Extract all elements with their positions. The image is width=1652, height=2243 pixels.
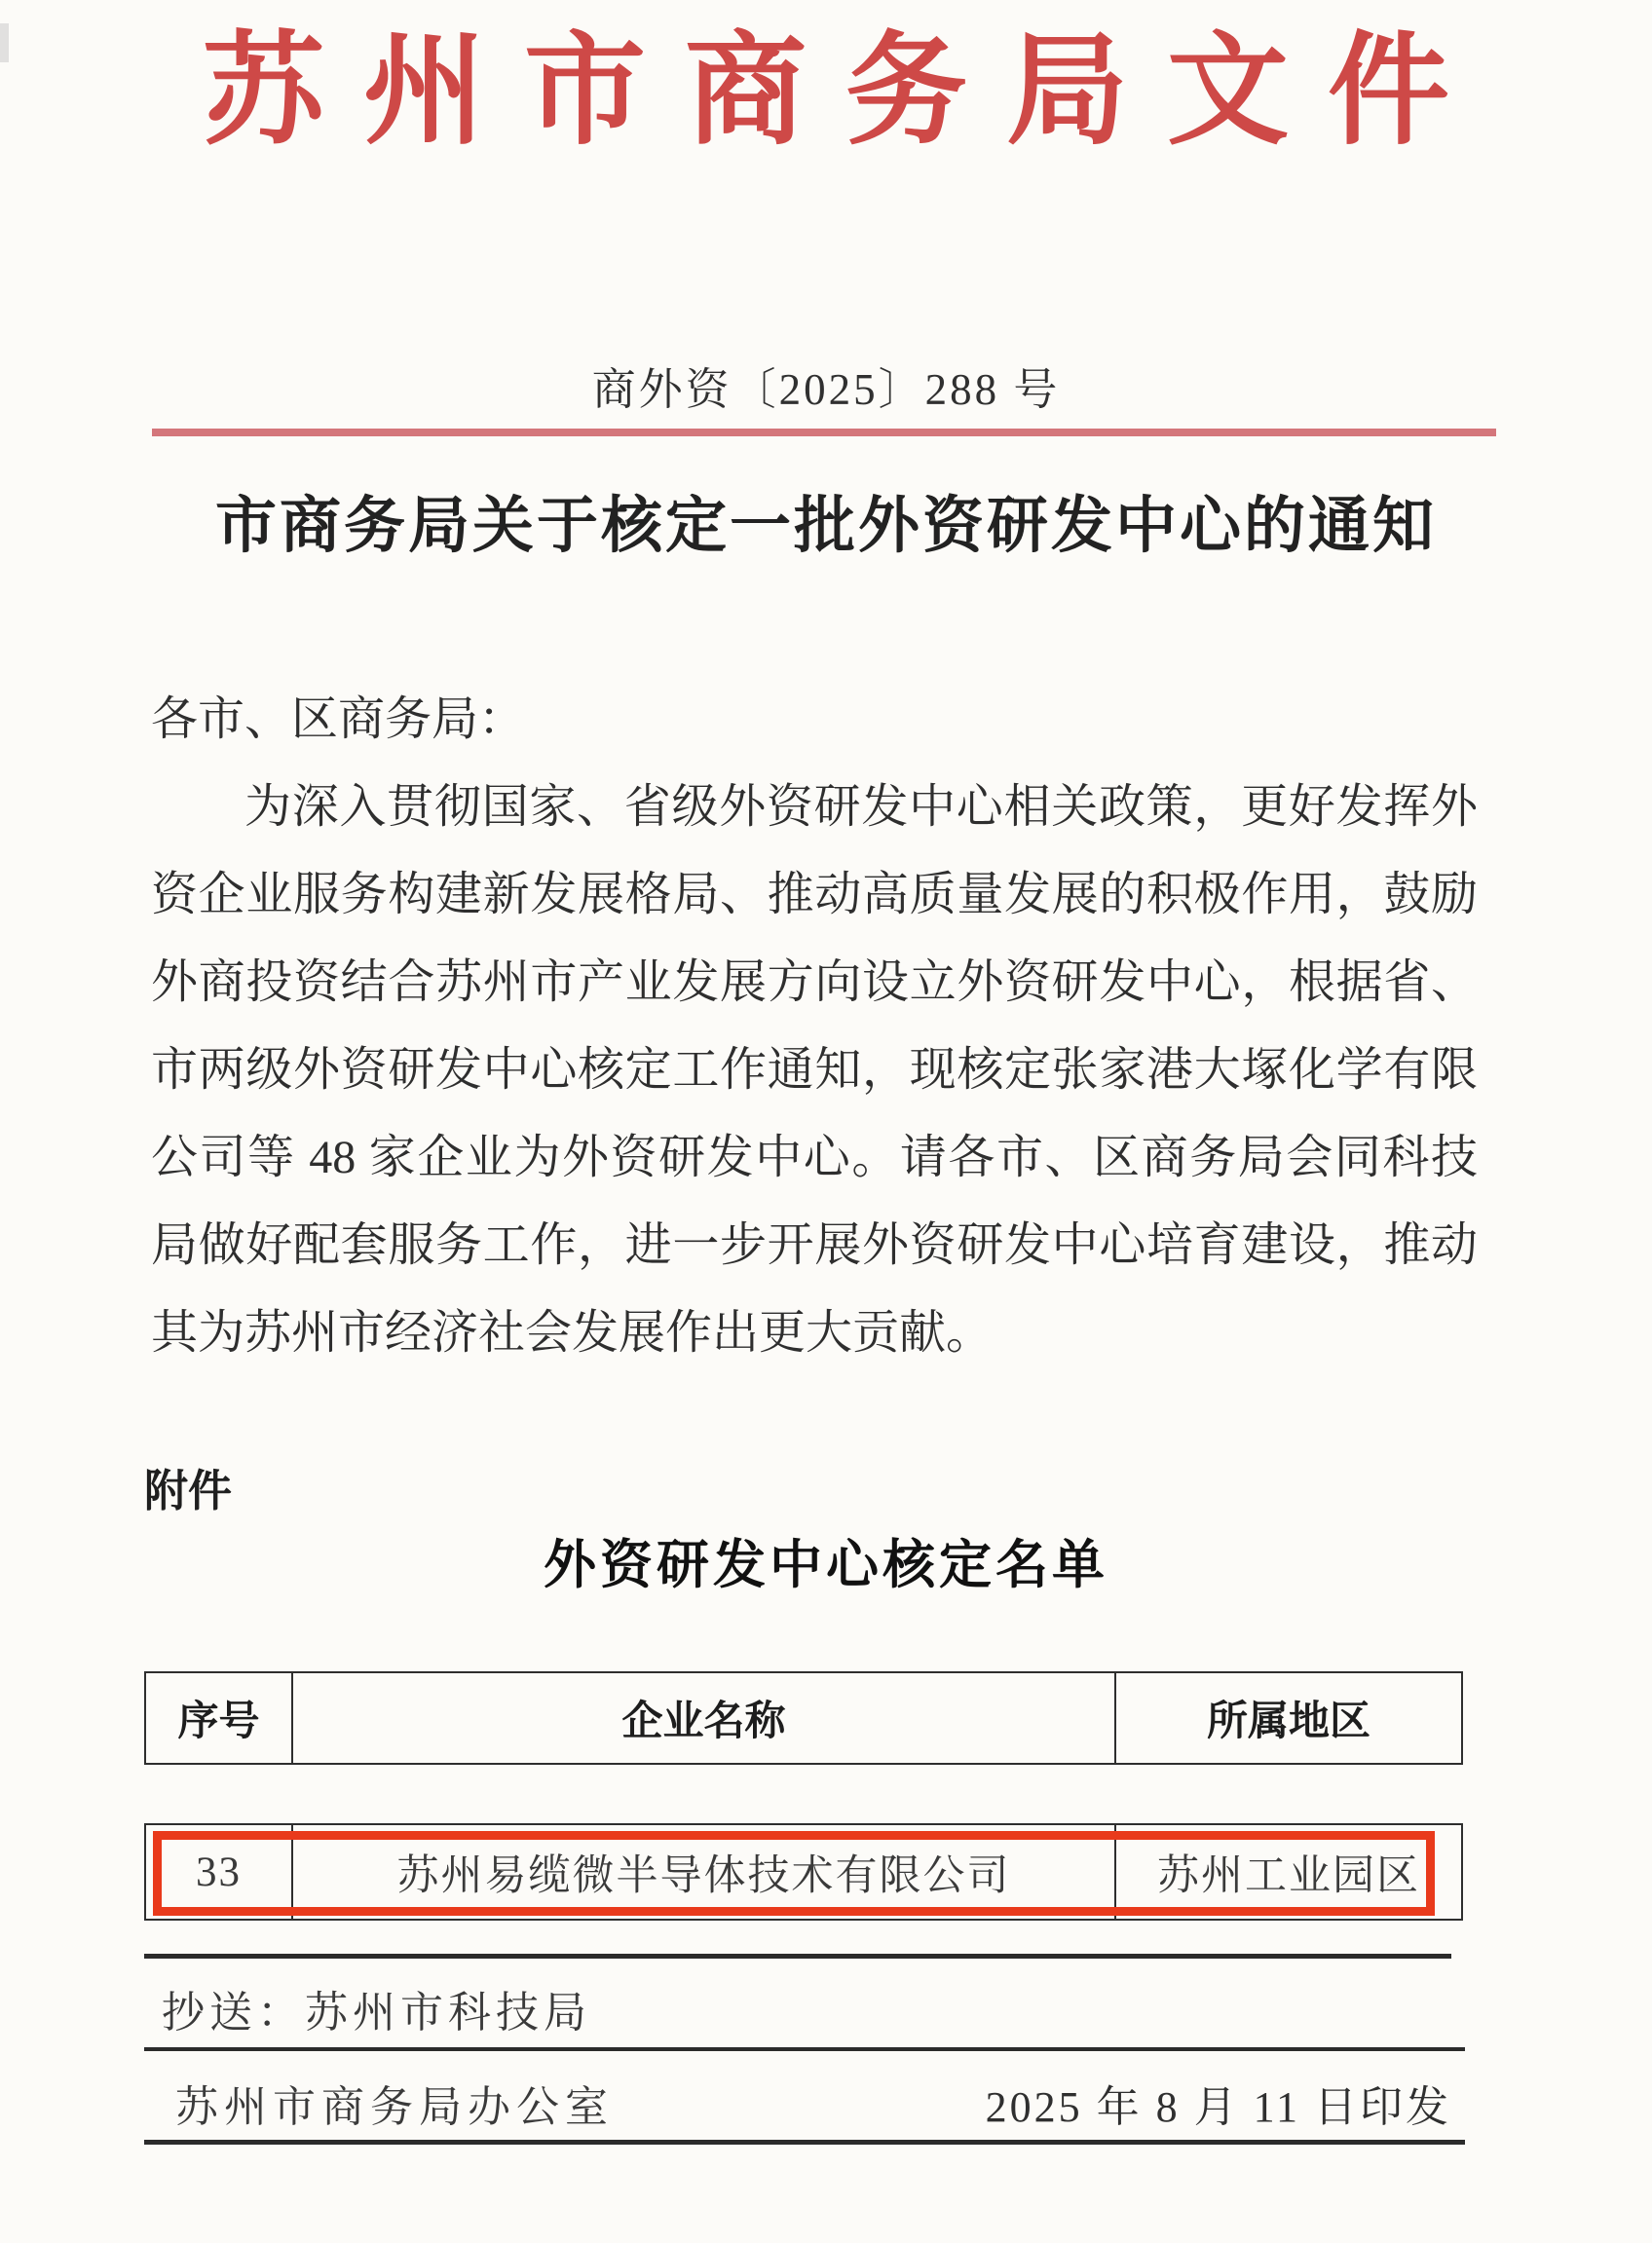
cc-line: 抄送：苏州市科技局 (162, 1987, 591, 2039)
issuing-office: 苏州市商务局办公室 (175, 2080, 614, 2135)
table-header-row: 序号 企业名称 所属地区 (144, 1671, 1463, 1765)
footer-divider-bottom (144, 2140, 1465, 2145)
body-line: 其为苏州市经济社会发展作出更大贡献。 (151, 1290, 1478, 1377)
footer-divider-top (144, 1954, 1451, 1959)
notice-title: 市商务局关于核定一批外资研发中心的通知 (0, 487, 1652, 565)
notice-body: 各市、区商务局： 为深入贯彻国家、省级外资研发中心相关政策，更好发挥外 资企业服… (151, 676, 1478, 1377)
table-header-no: 序号 (146, 1673, 293, 1763)
salutation: 各市、区商务局： (151, 676, 1478, 764)
footer-divider-middle (144, 2047, 1465, 2051)
table-header-company: 企业名称 (293, 1673, 1116, 1763)
document-page: 苏州市商务局文件 商外资〔2025〕288 号 市商务局关于核定一批外资研发中心… (0, 0, 1652, 2243)
letterhead-divider (152, 429, 1496, 436)
attachment-list-title: 外资研发中心核定名单 (0, 1534, 1652, 1596)
attachment-label: 附件 (144, 1464, 232, 1518)
document-number: 商外资〔2025〕288 号 (0, 360, 1652, 419)
body-line: 为深入贯彻国家、省级外资研发中心相关政策，更好发挥外 (151, 764, 1478, 851)
print-date: 2025 年 8 月 11 日印发 (986, 2080, 1451, 2135)
highlight-box (153, 1831, 1435, 1916)
body-line: 局做好配套服务工作，进一步开展外资研发中心培育建设，推动 (151, 1202, 1478, 1290)
body-line: 资企业服务构建新发展格局、推动高质量发展的积极作用，鼓励 (151, 851, 1478, 939)
body-line: 市两级外资研发中心核定工作通知，现核定张家港大塚化学有限 (151, 1027, 1478, 1114)
body-line: 公司等 48 家企业为外资研发中心。请各市、区商务局会同科技 (151, 1114, 1478, 1202)
letterhead-title: 苏州市商务局文件 (0, 23, 1652, 162)
table-header-region: 所属地区 (1116, 1673, 1461, 1763)
body-line: 外商投资结合苏州市产业发展方向设立外资研发中心，根据省、 (151, 939, 1478, 1027)
